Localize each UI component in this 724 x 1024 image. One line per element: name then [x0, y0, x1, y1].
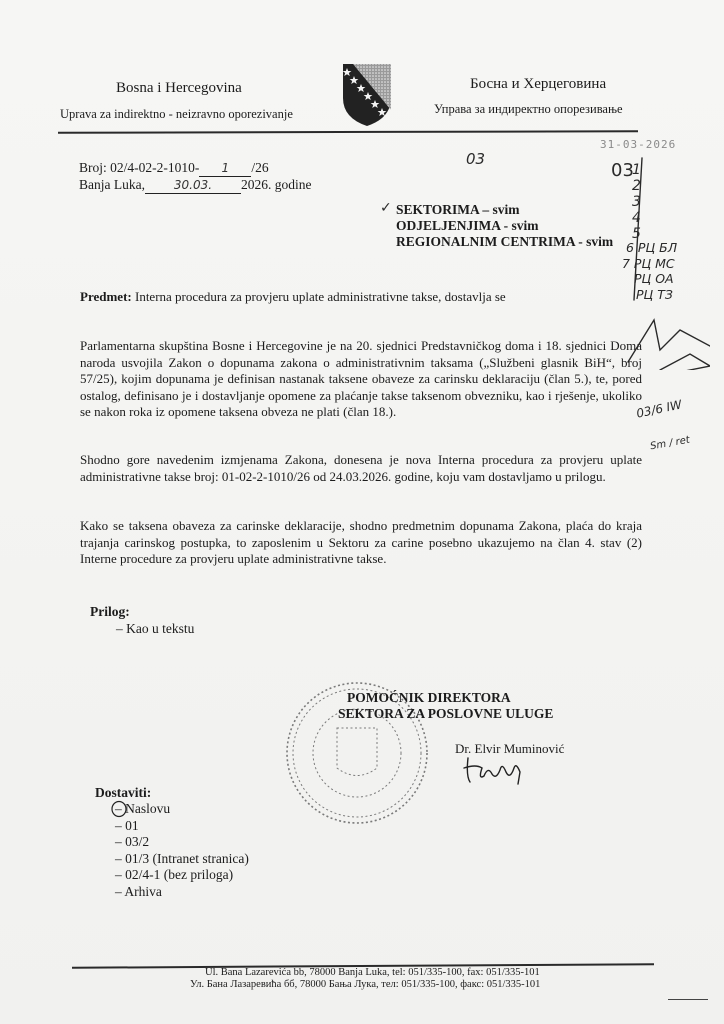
distribution-item: – 02/4-1 (bez priloga): [115, 867, 249, 884]
bih-coat-of-arms-icon: [339, 60, 395, 128]
body-paragraph-2: Shodno gore navedenim izmjenama Zakona, …: [80, 452, 642, 485]
routing-item: РЦ ТЗ: [622, 287, 677, 303]
routing-item: 2: [632, 178, 702, 194]
distribution-item: – 03/2: [115, 834, 249, 851]
routing-item: РЦ ОА: [622, 271, 677, 287]
distribution-list: – Naslovu – 01 – 03/2 – 01/3 (Intranet s…: [115, 801, 249, 901]
routing-item: 1: [632, 162, 702, 178]
signature-title-line: POMOĆNIK DIREKTORA: [328, 690, 553, 706]
body-paragraph-1: Parlamentarna skupština Bosne i Hercegov…: [80, 338, 642, 421]
reference-year: 2026. godine: [241, 177, 312, 192]
header-country-latin: Bosna i Hercegovina: [116, 80, 242, 97]
routing-regions: 6 РЦ БЛ 7 РЦ МС РЦ ОА РЦ ТЗ: [622, 240, 677, 302]
reference-number: Broj: 02/4-02-2-1010-1/26: [79, 160, 311, 177]
document-page: Bosna i Hercegovina Uprava za indirektno…: [0, 0, 724, 1024]
reference-date-fill: 30.03.: [145, 177, 241, 194]
header-country-cyrillic: Босна и Херцеговина: [470, 76, 606, 93]
page-edge-mark: [668, 999, 708, 1000]
body-paragraph-3: Kako se taksena obaveza za carinske dekl…: [80, 518, 642, 568]
circle-mark-icon: [110, 800, 128, 818]
recipient-line: REGIONALNIM CENTRIMA - svim: [396, 234, 613, 250]
routing-item: 3: [632, 194, 702, 210]
distribution-item: – 01: [115, 818, 249, 835]
signature-title: POMOĆNIK DIREKTORA SEKTORA ZA POSLOVNE U…: [328, 690, 553, 722]
routing-list: 1 2 3 4 5: [632, 162, 702, 242]
reference-place-date: Banja Luka,30.03.2026. godine: [79, 177, 311, 194]
routing-item: 6 РЦ БЛ: [622, 240, 677, 256]
handwritten-signature-icon: [462, 752, 532, 786]
footer-address-cyrillic: Ул. Бана Лазаревића бб, 78000 Бања Лука,…: [190, 979, 540, 990]
distribution-item: – Naslovu: [115, 801, 249, 818]
subject-line: Predmet: Interna procedura za provjeru u…: [80, 289, 506, 305]
reference-number-prefix: Broj: 02/4-02-2-1010-: [79, 160, 199, 175]
signature-title-line: SEKTORA ZA POSLOVNE ULUGE: [328, 706, 553, 722]
distribution-item: – Arhiva: [115, 884, 249, 901]
reference-number-fill: 1: [199, 160, 251, 177]
routing-item: 7 РЦ МС: [622, 256, 677, 272]
recipient-line: SEKTORIMA – svim: [396, 202, 613, 218]
reference-place: Banja Luka,: [79, 177, 145, 192]
footer-address-latin: Ul. Bana Lazarevića bb, 78000 Banja Luka…: [205, 967, 540, 978]
margin-note-2: Sm / ret: [649, 435, 690, 453]
subject-label: Predmet:: [80, 289, 132, 304]
attachment-item: – Kao u tekstu: [116, 621, 194, 637]
distribution-label: Dostaviti:: [95, 785, 151, 801]
reference-block: Broj: 02/4-02-2-1010-1/26 Banja Luka,30.…: [79, 160, 311, 194]
routing-item: 4: [632, 210, 702, 226]
subject-text: Interna procedura za provjeru uplate adm…: [132, 289, 506, 304]
header-divider: [58, 130, 638, 134]
margin-note-1: 03/6 IW: [635, 397, 683, 420]
attachment-label: Prilog:: [90, 604, 130, 620]
header-agency-latin: Uprava za indirektno - neizravno oporezi…: [60, 107, 293, 122]
handwritten-number-top: 03: [466, 150, 485, 168]
header-agency-cyrillic: Управа за индиректно опорезивање: [434, 102, 623, 117]
distribution-item: – 01/3 (Intranet stranica): [115, 851, 249, 868]
recipient-line: ODJELJENJIMA - svim: [396, 218, 613, 234]
recipients-block: SEKTORIMA – svim ODJELJENJIMA - svim REG…: [396, 202, 613, 250]
reference-number-suffix: /26: [251, 160, 268, 175]
check-mark-icon: ✓: [380, 200, 392, 216]
